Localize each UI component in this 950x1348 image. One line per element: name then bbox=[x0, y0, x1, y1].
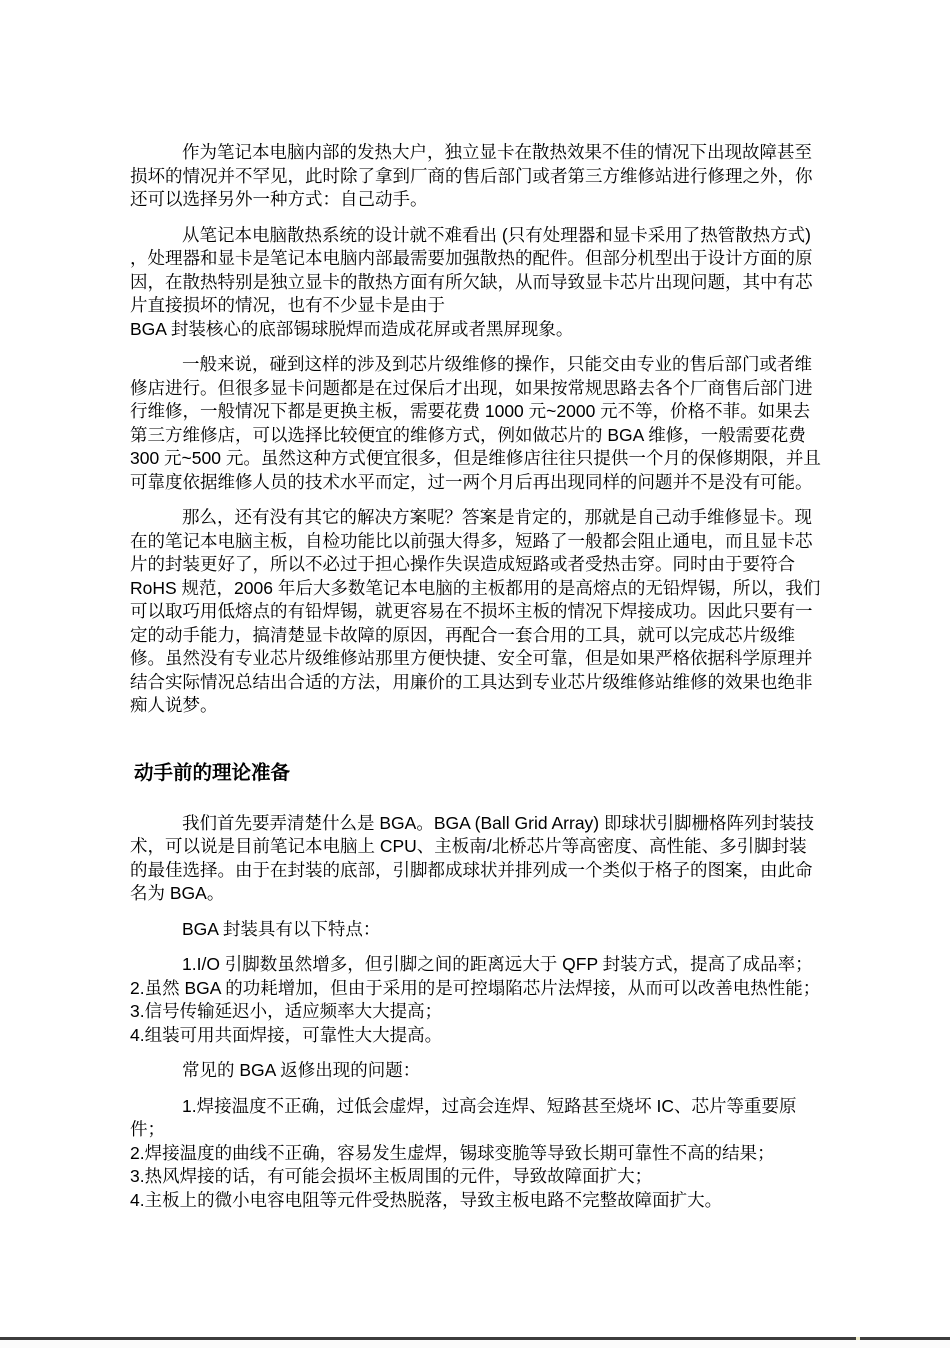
document-page: 作为笔记本电脑内部的发热大户，独立显卡在散热效果不佳的情况下出现故障甚至损坏的情… bbox=[130, 141, 822, 1224]
below-border-strip bbox=[0, 1340, 950, 1348]
paragraph-bga-definition: 我们首先要弄清楚什么是 BGA。BGA (Ball Grid Array) 即球… bbox=[130, 812, 822, 906]
list-rework-problems: 1.焊接温度不正确，过低会虚焊，过高会连焊、短路甚至烧坏 IC、芯片等重要原件；… bbox=[130, 1095, 822, 1213]
list-bga-features: 1.I/O 引脚数虽然增多，但引脚之间的距离远大于 QFP 封装方式，提高了成品… bbox=[130, 953, 822, 1047]
paragraph-rework-problems-intro: 常见的 BGA 返修出现的问题： bbox=[130, 1059, 822, 1083]
section-heading-theory-preparation: 动手前的理论准备 bbox=[130, 760, 822, 786]
paragraph-repair-cost: 一般来说，碰到这样的涉及到芯片级维修的操作，只能交由专业的售后部门或者维修店进行… bbox=[130, 353, 822, 494]
paragraph-diy-solution: 那么，还有没有其它的解决方案呢？答案是肯定的，那就是自己动手维修显卡。现在的笔记… bbox=[130, 506, 822, 718]
paragraph-cooling-design: 从笔记本电脑散热系统的设计就不难看出 (只有处理器和显卡采用了热管散热方式) ，… bbox=[130, 224, 822, 342]
paragraph-intro-diy: 作为笔记本电脑内部的发热大户，独立显卡在散热效果不佳的情况下出现故障甚至损坏的情… bbox=[130, 141, 822, 212]
paragraph-bga-features-intro: BGA 封装具有以下特点： bbox=[130, 918, 822, 942]
